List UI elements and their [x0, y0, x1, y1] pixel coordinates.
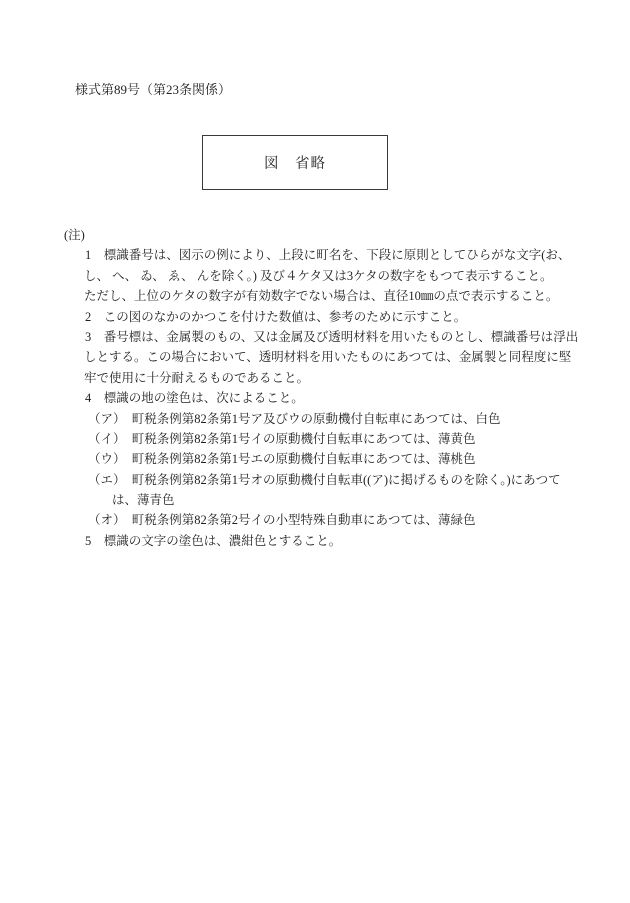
note-line-1: 1 標識番号は、図示の例により、上段に町名を、下段に原則としてひらがな文字(お、 — [0, 245, 630, 265]
note-line-4-sub-e-cont: は、薄青色 — [0, 490, 630, 510]
form-number-heading: 様式第89号（第23条関係） — [75, 82, 231, 98]
note-line-1-cont-b: ただし、上位のケタの数字が有効数字でない場合は、直径10㎜の点で表示すること。 — [0, 286, 630, 306]
note-line-1-cont-a: し、 へ、 ゐ、 ゑ、 んを除く。) 及び４ケタ又は3ケタの数字をもつて表示する… — [0, 266, 630, 286]
note-line-4-sub-i: （イ） 町税条例第82条第1号イの原動機付自転車にあつては、薄黄色 — [0, 429, 630, 449]
note-line-2: 2 この図のなかのかつこを付けた数値は、参考のために示すこと。 — [0, 307, 630, 327]
note-line-3-cont-b: 牢で使用に十分耐えるものであること。 — [0, 368, 630, 388]
note-line-3-cont-a: しとする。この場合において、透明材料を用いたものにあつては、金属製と同程度に堅 — [0, 347, 630, 367]
note-line-5: 5 標識の文字の塗色は、濃紺色とすること。 — [0, 531, 630, 551]
note-line-4-sub-u: （ウ） 町税条例第82条第1号エの原動機付自転車にあつては、薄桃色 — [0, 449, 630, 469]
note-line-4-sub-o: （オ） 町税条例第82条第2号イの小型特殊自動車にあつては、薄緑色 — [0, 510, 630, 530]
note-line-4-sub-e: （エ） 町税条例第82条第1号オの原動機付自転車((ア)に掲げるものを除く。)に… — [0, 470, 630, 490]
note-line-4: 4 標識の地の塗色は、次によること。 — [0, 388, 630, 408]
document-page: 様式第89号（第23条関係） 図 省略 (注) 1 標識番号は、図示の例により、… — [0, 0, 630, 903]
note-line-4-sub-a: （ア） 町税条例第82条第1号ア及びウの原動機付自転車にあつては、白色 — [0, 409, 630, 429]
figure-placeholder-box: 図 省略 — [202, 135, 388, 190]
notes-section: (注) 1 標識番号は、図示の例により、上段に町名を、下段に原則としてひらがな文… — [0, 225, 630, 551]
note-line-3: 3 番号標は、金属製のもの、又は金属及び透明材料を用いたものとし、標識番号は浮出 — [0, 327, 630, 347]
figure-omitted-label: 図 省略 — [264, 152, 326, 173]
notes-label: (注) — [0, 225, 630, 245]
